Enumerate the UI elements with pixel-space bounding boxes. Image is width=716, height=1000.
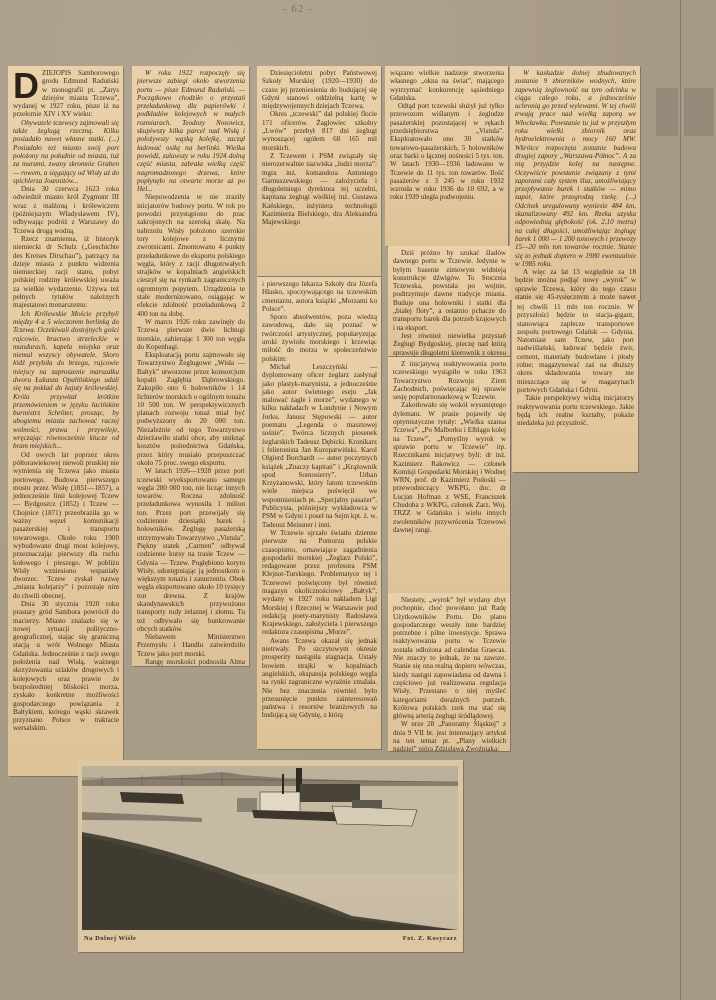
drop-cap: D [13,71,39,101]
article-paragraph: W latach 1926—1928 przez port tczewski w… [137,467,245,633]
river-steamboat-photo [82,766,458,930]
article-paragraph: W nrze 28 „Panoramy Śląskiej” z dnia 9 V… [393,720,506,751]
article-paragraph: Jest również niewielka przystań Żeglugi … [393,332,506,356]
article-column-4-section-c: Z inicjatywą reaktywowania portu tczewsk… [388,357,510,593]
article-paragraph: Niestety, „wyrok” był wydany zbyt pochop… [393,596,506,720]
fold-line [680,0,681,1000]
article-paragraph: Dnia 30 czerwca 1623 roku odwiedził mias… [13,185,119,235]
article-paragraph: Niebawem Ministerstwo Przemysłu i Handlu… [137,633,245,658]
article-column-5: W kaskadzie dolnej zbudowanych zostanie … [510,66,640,300]
article-paragraph: Od owych lat poprzez okres półtorawiekow… [13,451,119,600]
article-paragraph: Awans Tczewa okazał się jednak nietrwały… [262,637,377,720]
article-column-4: wiązano wielkie nadzieje stworzenia włas… [385,66,508,246]
article-column-1: D ZIEJOPIS Samborowego grodu Edmund Radu… [8,66,123,776]
article-quote: W roku 1922 rozpoczęły się pierwsze zabi… [137,69,245,193]
article-paragraph: W Tczewie ujrzało światło dzienne pierws… [262,529,377,637]
article-column-4-section-d: Niestety, „wyrok” był wydany zbyt pochop… [388,593,510,751]
article-paragraph: Takie perspektywy widzą inicjatorzy reak… [517,394,634,427]
article-column-4-section-b: Dziś próżno by szukać śladów dawnego por… [388,246,510,356]
article-paragraph: Okres „tczewski” dał polskiej flocie 171… [262,110,377,151]
article-paragraph: wiązano wielkie nadzieje stworzenia włas… [390,69,504,102]
article-paragraph: Dziesięcioletni pobyt Państwowej Szkoły … [262,69,377,110]
article-paragraph: Eksploatacją portu zajmowało się Towarzy… [137,351,245,467]
photo-caption: Na Dolnej Wiśle [84,935,136,942]
photo-illustration [82,766,458,930]
article-paragraph: Sporo absolwentów, poza wiedzą zawodową,… [262,313,377,363]
article-quote: Ich Królewskie Moście przybyli między 4 … [13,310,119,451]
article-paragraph: Dnia 30 stycznia 1920 roku prastary gród… [13,600,119,733]
article-paragraph: Zakotłowało się wokół wysuniętego dylema… [393,401,506,534]
article-column-3: Dziesięcioletni pobyt Państwowej Szkoły … [257,66,381,276]
article-quote: Obywatele tczewscy zajmowali się także ż… [13,119,119,185]
article-paragraph: Rzecz znamienna, iż historyk niemiecki d… [13,235,119,310]
article-column-2: W roku 1922 rozpoczęły się pierwsze zabi… [132,66,249,666]
article-column-5-continued: tej chwili 11 mln ton rocznie. W przyszł… [512,300,638,472]
article-paragraph: i pierwszego lekarza Szkoły dra Józefa H… [262,280,377,313]
article-paragraph: W marcu 1926 roku zawinęły do Tczewa pie… [137,318,245,351]
photo-clipping: Na Dolnej Wiśle Fot. Z. Kosycarz [78,760,463,952]
article-paragraph: Rangę morskości podnosiła Alma Mater Mar… [137,658,245,666]
article-paragraph: A więc za lat 13 względnie za 18 będzie … [515,268,636,300]
article-paragraph: Z inicjatywą reaktywowania portu tczewsk… [393,360,506,401]
smudge [656,88,678,136]
article-paragraph: Dziś próżno by szukać śladów dawnego por… [393,249,506,332]
article-quote: W kaskadzie dolnej zbudowanych zostanie … [515,69,636,268]
article-paragraph: Z Tczewem i PSM związały się nierozerwal… [262,152,377,227]
article-paragraph: Niepowodzenia te nie zraziły inicjatorów… [137,193,245,317]
photo-credit: Fot. Z. Kosycarz [403,935,457,942]
article-paragraph: Odtąd port tczewski służył już tylko prz… [390,102,504,202]
article-paragraph: Michał Leszczyński — dyplomowany oficer … [262,363,377,529]
article-paragraph: tej chwili 11 mln ton rocznie. W przyszł… [517,303,634,394]
article-column-3-continued: i pierwszego lekarza Szkoły dra Józefa H… [257,277,381,749]
page-number: - 62 - [283,3,313,15]
smudge [684,88,714,136]
